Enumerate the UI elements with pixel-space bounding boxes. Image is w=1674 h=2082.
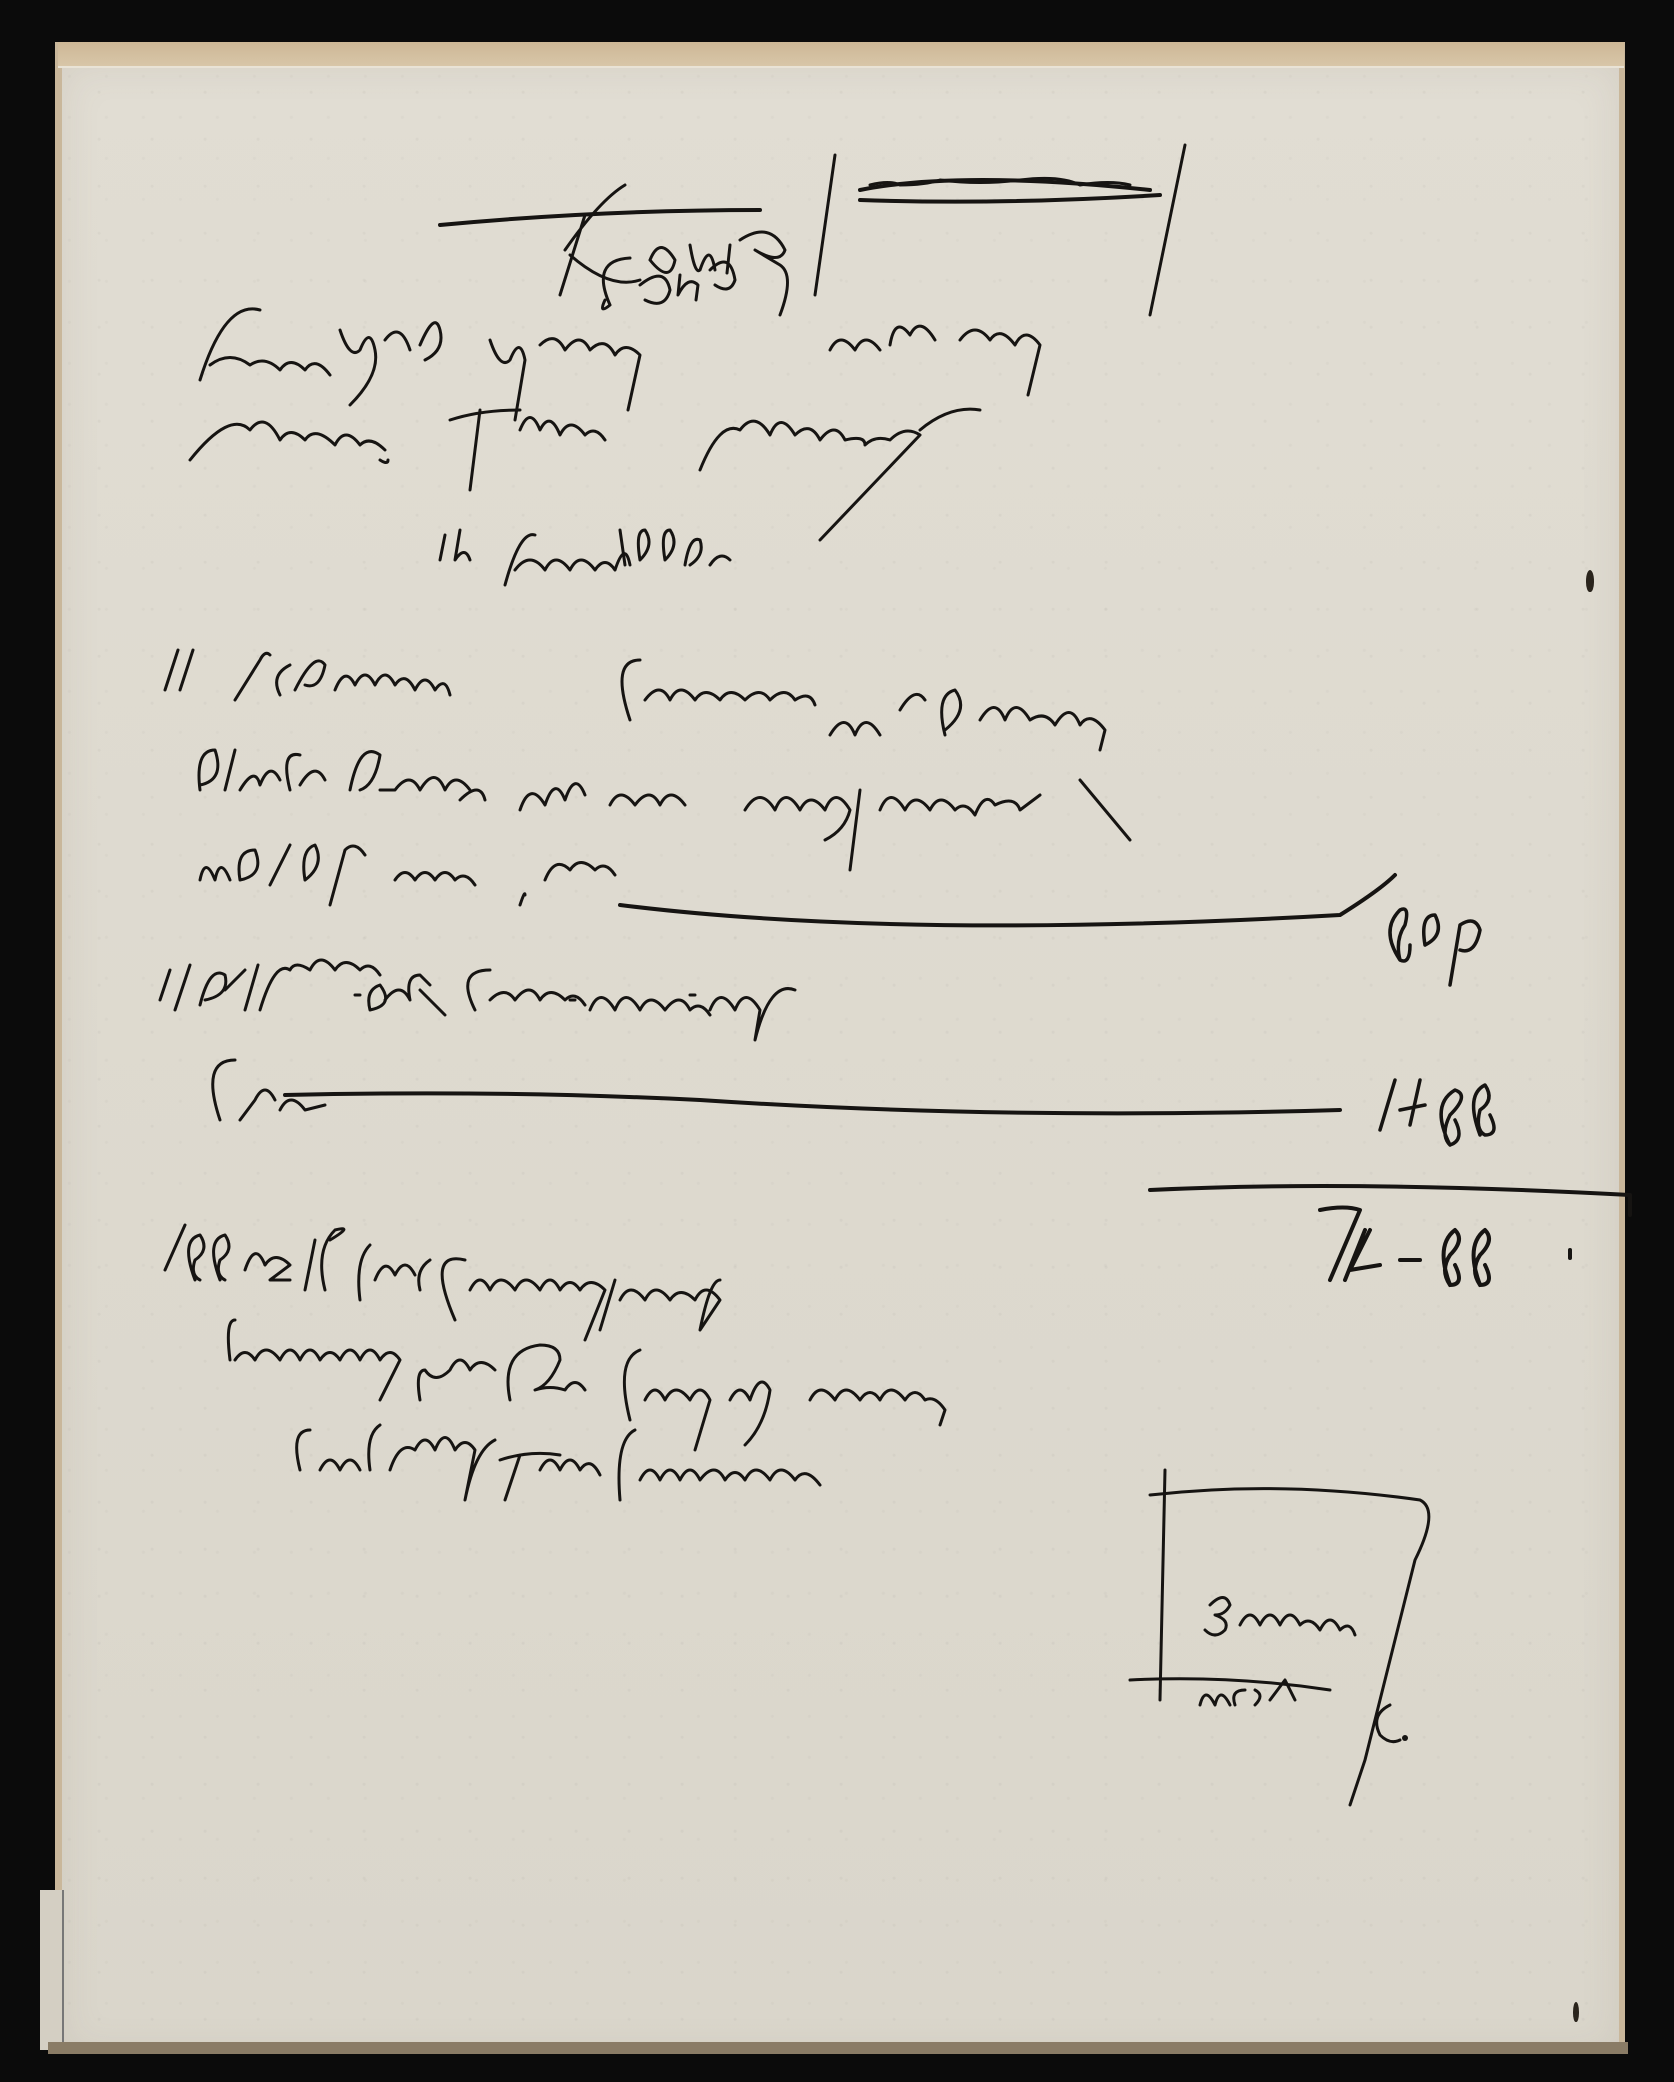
- handwriting-ink: [0, 0, 1674, 2082]
- heading-ink: [440, 145, 1185, 315]
- stamp-box-ink: [1130, 1470, 1429, 1805]
- item1-ink: [165, 650, 1395, 925]
- addressee-ink: [190, 309, 1040, 540]
- item1-amount-ink: [1390, 909, 1480, 985]
- ink-blot: [1586, 570, 1594, 592]
- item2-ink: [160, 960, 1340, 1120]
- item2-amount-ink: [1380, 1080, 1494, 1145]
- ink-blot: [1573, 2002, 1579, 2022]
- receipt-ink: [165, 1225, 945, 1500]
- date-ink: [440, 530, 730, 585]
- total-ink: [1150, 1186, 1630, 1285]
